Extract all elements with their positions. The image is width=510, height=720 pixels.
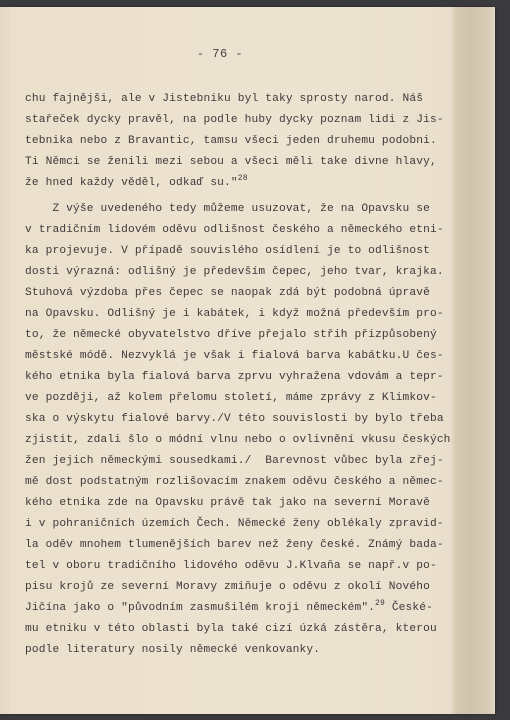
text-line: tel v oboru tradičního lidového oděvu J.… [25, 556, 465, 577]
text-line: tebnika nebo z Bravantic, tamsu všeci je… [25, 131, 465, 152]
text-line: v tradičním lidovém oděvu odlišnost česk… [25, 220, 465, 241]
text-line: stařeček dycky pravěl, na podle huby dyc… [25, 110, 465, 131]
document-page: - 76 - chu fajnějši, ale v Jistebniku by… [0, 7, 495, 714]
text-line: zjistit, zdali šlo o módní vlnu nebo o o… [25, 430, 465, 451]
text-line: podle literatury nosily německé venkovan… [25, 640, 465, 661]
text-line: městské módě. Nezvyklá je však i fialová… [25, 346, 465, 367]
footnote-ref-28: 28 [238, 174, 248, 183]
text-line: mu etniku v této oblasti byla také cizí … [25, 619, 465, 640]
text-line-with-footnote: Jičína jako o "původním zasmušilém kroji… [25, 598, 465, 619]
text-line: žen jejich německými sousedkami./ Barevn… [25, 451, 465, 472]
text-line-with-footnote: že hned každy věděl, odkaď su."28 [25, 173, 465, 194]
text-line: mě dost podstatným rozlišovacím znakem o… [25, 472, 465, 493]
text-line: Z výše uvedeného tedy můžeme usuzovat, ž… [25, 199, 465, 220]
text-line: Stuhová výzdoba přes čepec se naopak zdá… [25, 283, 465, 304]
text-line: la oděv mnohem tlumenějších barev než že… [25, 535, 465, 556]
page-number: - 76 - [0, 47, 440, 61]
text-line: i v pohraničních územích Čech. Německé ž… [25, 514, 465, 535]
quote-text: Jičína jako o "původním zasmušilém kroji… [25, 602, 375, 614]
text-line: kého etnika zde na Opavsku právě tak jak… [25, 493, 465, 514]
body-text: chu fajnějši, ale v Jistebniku byl taky … [25, 89, 465, 661]
text-line: kého etnika byla fialová barva zprvu vyh… [25, 367, 465, 388]
text-line: na Opavsku. Odlišný je i kabátek, i když… [25, 304, 465, 325]
text-line: dosti výrazná: odlišný je především čepe… [25, 262, 465, 283]
text-line: ka projevuje. V případě souvislého osídl… [25, 241, 465, 262]
footnote-ref-29: 29 [375, 599, 385, 608]
text-line: pisu krojů ze severní Moravy zmiňuje o o… [25, 577, 465, 598]
text-line: Ti Němci se ženili mezi sebou a všeci mě… [25, 152, 465, 173]
text-line: to, že německé obyvatelstvo dříve přejal… [25, 325, 465, 346]
text-line: chu fajnějši, ale v Jistebniku byl taky … [25, 89, 465, 110]
text-line: ska o výskytu fialové barvy./V této souv… [25, 409, 465, 430]
text-line: ve později, až kolem přelomu století, má… [25, 388, 465, 409]
quote-end-text: že hned každy věděl, odkaď su." [25, 177, 238, 189]
continuation-text: České- [385, 602, 433, 614]
